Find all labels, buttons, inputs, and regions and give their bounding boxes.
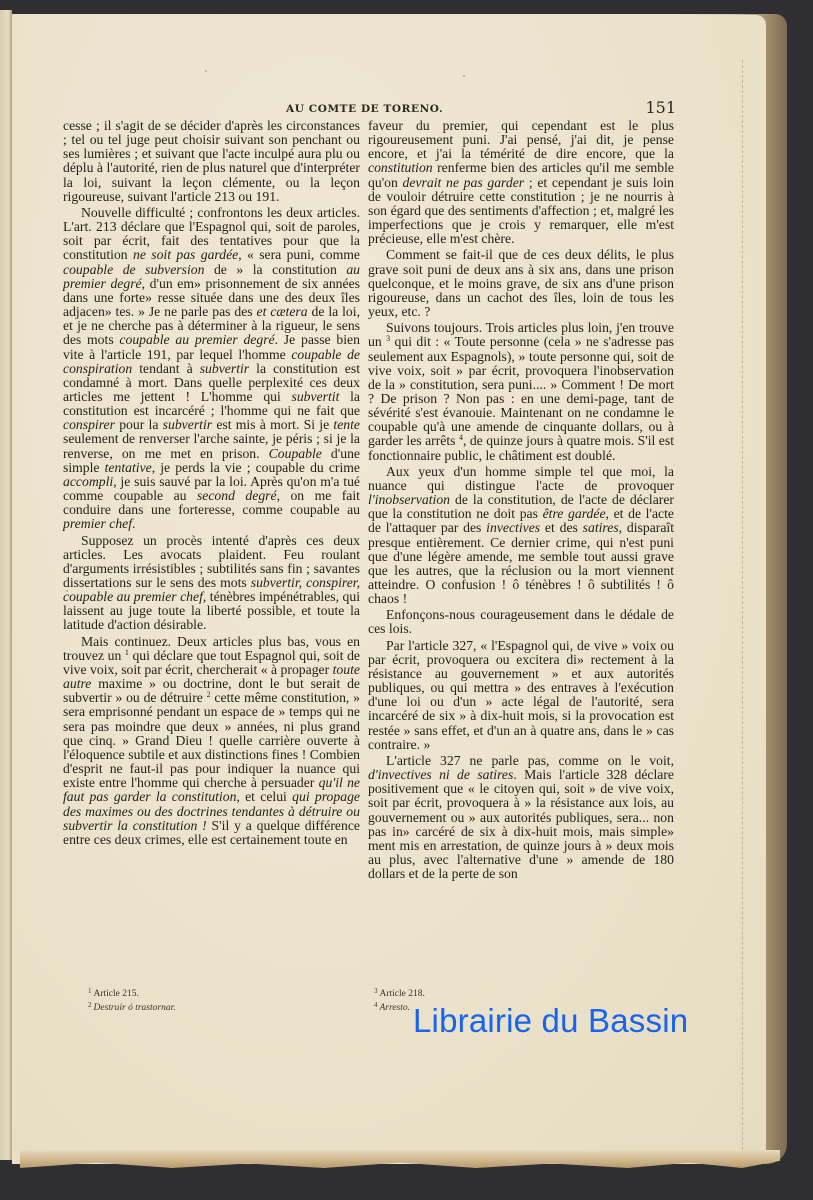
italic-text: subvertir (163, 417, 212, 432)
page-trim-line (742, 60, 743, 1150)
text-run: pour la (115, 417, 163, 432)
left-text-column: cesse ; il s'agit de se décider d'après … (63, 119, 360, 847)
text-run: , et celui (236, 789, 292, 804)
paragraph: Aux yeux d'un homme simple tel que moi, … (368, 465, 674, 607)
italic-text: Coupable (269, 446, 322, 461)
running-head: AU COMTE DE TORENO. 151 (60, 100, 682, 120)
italic-text: devrait ne pas garder (403, 175, 525, 190)
text-run: est mis à mort. Si je (212, 417, 333, 432)
previous-page-edge (0, 10, 12, 1160)
italic-text: constitution (368, 160, 433, 175)
paragraph: Mais continuez. Deux articles plus bas, … (63, 635, 360, 847)
italic-text: subvertit (292, 389, 340, 404)
italic-text: être gardée (543, 506, 606, 521)
watermark-text: Librairie du Bassin (413, 1002, 688, 1040)
italic-text: conspirer (63, 417, 115, 432)
text-run: Aux yeux d'un homme simple tel que moi, … (368, 464, 674, 493)
italic-text: subvertir (200, 361, 249, 376)
paragraph: L'article 327 ne parle pas, comme on le … (368, 754, 674, 881)
footnote-text: Article 215. (94, 989, 139, 999)
footnote-mark: 3 (374, 987, 378, 995)
footnote: 3Article 218. (374, 986, 425, 1000)
paragraph: cesse ; il s'agit de se décider d'après … (63, 119, 360, 204)
text-run: . Mais l'article 328 déclare positivemen… (368, 767, 674, 881)
text-run: . (132, 516, 135, 531)
running-title: AU COMTE DE TORENO. (286, 103, 443, 115)
footnote-mark: 2 (88, 1001, 92, 1009)
text-run: de » la constitution (204, 262, 346, 277)
footnote-mark: 4 (374, 1001, 378, 1009)
text-run: L'article 327 ne parle pas, comme on le … (386, 753, 674, 768)
footnote: 1Article 215. (88, 986, 176, 1000)
italic-text: invectives (486, 520, 540, 535)
text-run: cesse ; il s'agit de se décider d'après … (63, 118, 360, 204)
paragraph: Suivons toujours. Trois articles plus lo… (368, 321, 674, 463)
left-footnotes: 1Article 215.2Destruir ó trastornar. (88, 986, 176, 1013)
paper-spot (66, 590, 68, 592)
italic-text: coupable au premier degré (119, 332, 274, 347)
footnote-text: Destruir ó trastornar. (94, 1003, 176, 1013)
italic-text: et cætera (257, 304, 308, 319)
paragraph: Supposez un procès intenté d'après ces d… (63, 534, 360, 633)
footnote-mark: 1 (88, 987, 92, 995)
right-text-column: faveur du premier, qui cependant est le … (368, 119, 674, 881)
italic-text: tentative (105, 460, 152, 475)
text-run: Enfonçons-nous courageusement dans le dé… (368, 607, 674, 636)
paper-spot (463, 75, 465, 77)
italic-text: accompli (63, 474, 113, 489)
deckled-bottom-edge (20, 1150, 780, 1168)
paper-spot (205, 70, 207, 72)
page-number: 151 (645, 98, 676, 117)
paragraph: Comment se fait-il que de ces deux délit… (368, 248, 674, 319)
text-run: tendant à (132, 361, 200, 376)
text-run: Comment se fait-il que de ces deux délit… (368, 247, 674, 319)
text-run: faveur du premier, qui cependant est le … (368, 118, 674, 161)
paragraph: Nouvelle difficulté ; confrontons les de… (63, 206, 360, 532)
footnote: 2Destruir ó trastornar. (88, 1000, 176, 1014)
text-run: Par l'article 327, « l'Espagnol qui, de … (368, 638, 674, 752)
italic-text: l'inobservation (368, 492, 450, 507)
footnote-text: Article 218. (380, 989, 425, 999)
text-run: qui dit : « Toute personne (cela » ne s'… (368, 334, 674, 448)
italic-text: ne soit pas gardée (133, 247, 238, 262)
text-run: , je perds la vie ; coupable du crime (152, 460, 360, 475)
italic-text: satires (583, 520, 619, 535)
italic-text: coupable de subversion (63, 262, 204, 277)
text-run: , « sera puni, comme (238, 247, 360, 262)
paragraph: Par l'article 327, « l'Espagnol qui, de … (368, 639, 674, 752)
footnote-text: Arresto. (380, 1003, 411, 1013)
italic-text: second degré (197, 488, 277, 503)
italic-text: premier chef (63, 516, 132, 531)
text-run: cette même constitution, » sera emprison… (63, 690, 360, 790)
paper-spot (335, 155, 337, 157)
paragraph: faveur du premier, qui cependant est le … (368, 119, 674, 246)
paragraph: Enfonçons-nous courageusement dans le dé… (368, 608, 674, 636)
scanned-book-page: AU COMTE DE TORENO. 151 cesse ; il s'agi… (0, 0, 813, 1200)
italic-text: d'invectives ni de satires (368, 767, 513, 782)
text-run: et des (540, 520, 583, 535)
italic-text: tente (333, 417, 360, 432)
